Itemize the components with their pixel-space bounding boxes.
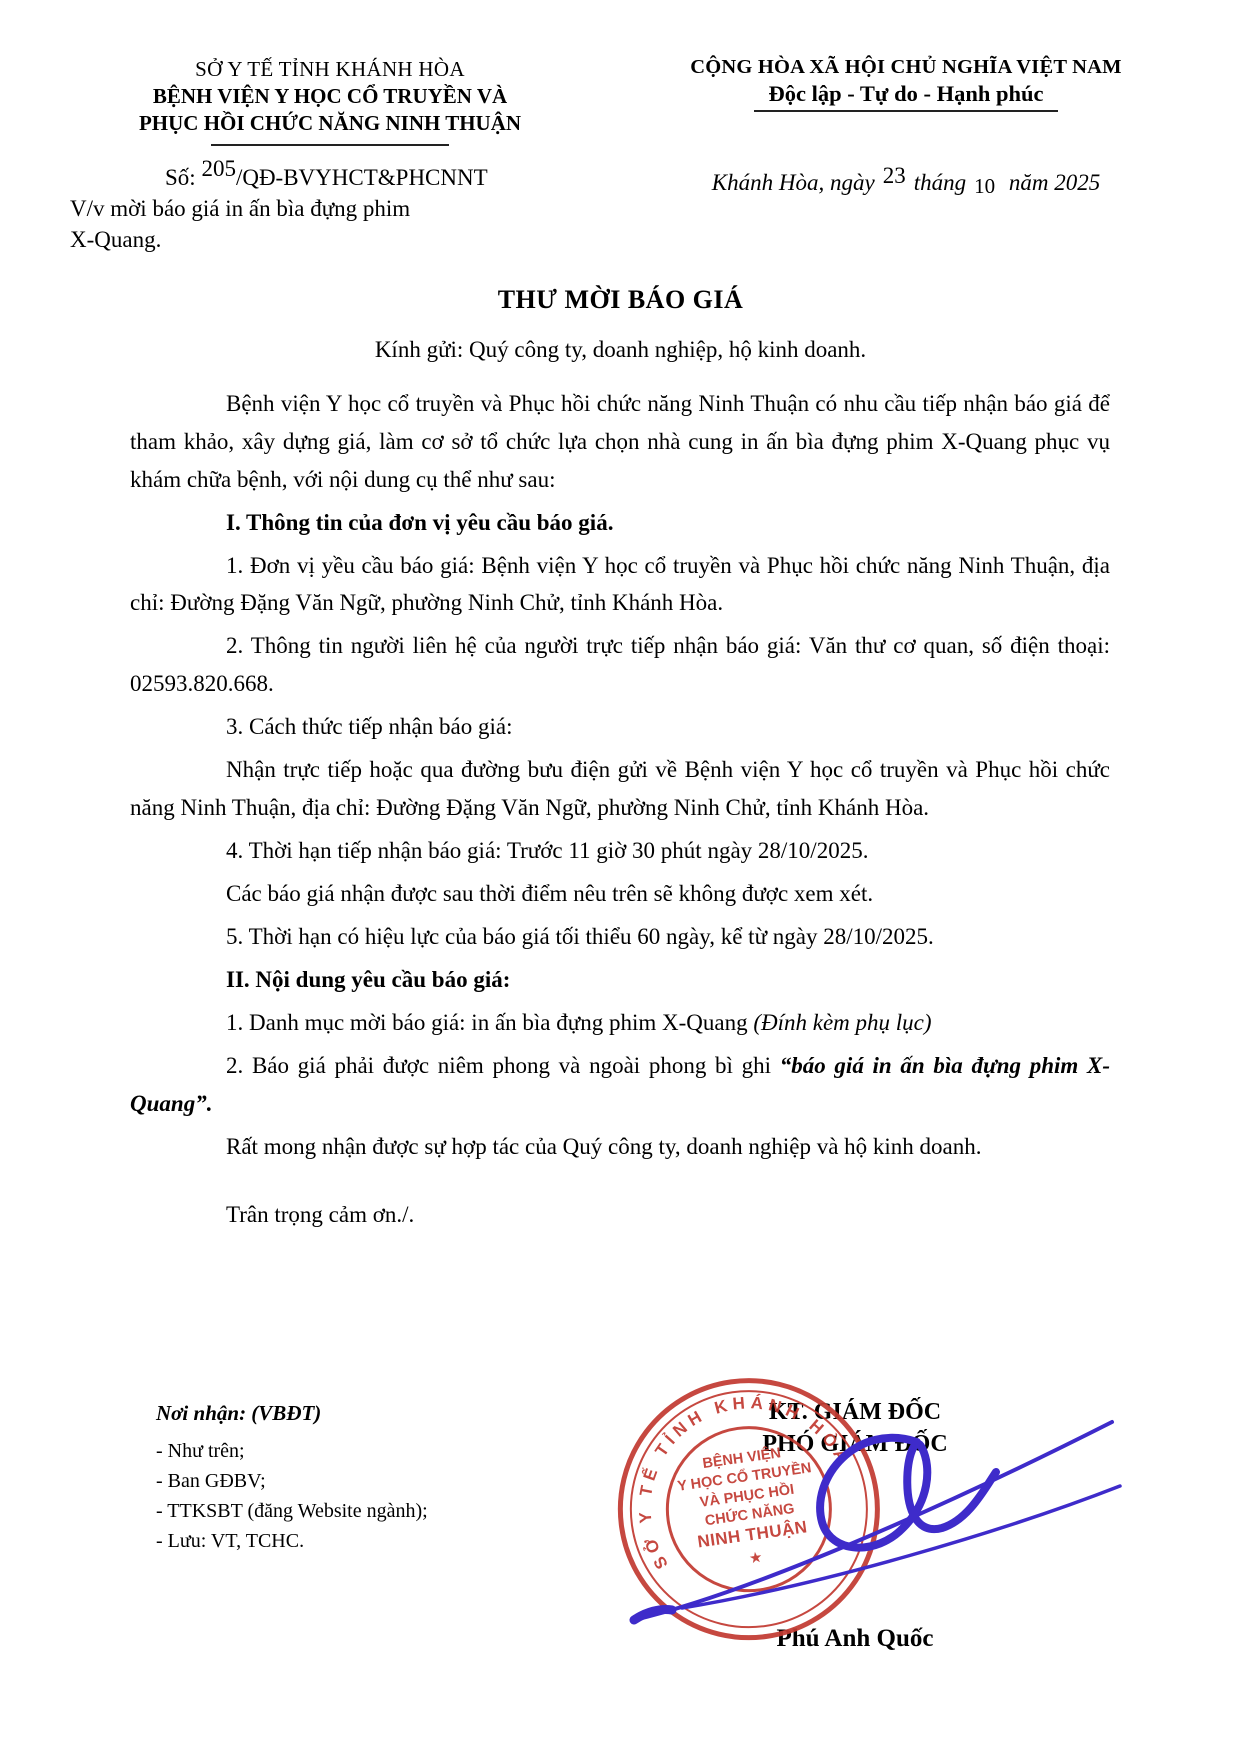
recipients-label: Nơi nhận — [156, 1401, 239, 1425]
date-year: năm 2025 — [1009, 170, 1100, 195]
issuing-org-block: SỞ Y TẾ TỈNH KHÁNH HÒA BỆNH VIỆN Y HỌC C… — [70, 56, 590, 146]
national-motto-block: CỘNG HÒA XÃ HỘI CHỦ NGHĨA VIỆT NAM Độc l… — [621, 56, 1191, 146]
section-1-item-3: 3. Cách thức tiếp nhận báo giá: — [130, 708, 1110, 746]
document-title: THƯ MỜI BÁO GIÁ — [0, 285, 1241, 315]
reference-block: Số: 205/QĐ-BVYHCT&PHCNNT V/v mời báo giá… — [70, 162, 590, 255]
intro-paragraph: Bệnh viện Y học cổ truyền và Phục hồi ch… — [130, 385, 1110, 499]
section-1-item-4-note: Các báo giá nhận được sau thời điểm nêu … — [130, 875, 1110, 913]
section-1-item-3-detail: Nhận trực tiếp hoặc qua đường bưu điện g… — [130, 751, 1110, 827]
subject-line-1: V/v mời báo giá in ấn bìa đựng phim — [70, 193, 590, 224]
national-motto: Độc lập - Tự do - Hạnh phúc — [754, 81, 1057, 112]
document-number-line: Số: 205/QĐ-BVYHCT&PHCNNT — [70, 162, 590, 193]
salutation: Kính gửi: Quý công ty, doanh nghiệp, hộ … — [0, 337, 1241, 363]
org-name-line2: PHỤC HỒI CHỨC NĂNG NINH THUẬN — [70, 110, 590, 137]
date-middle: tháng — [914, 170, 966, 195]
section-2-item-1: 1. Danh mục mời báo giá: in ấn bìa đựng … — [130, 1004, 1110, 1042]
document-number: 205 — [201, 156, 236, 181]
date-day: 23 — [875, 163, 914, 188]
section-2-item-2: 2. Báo giá phải được niêm phong và ngoài… — [130, 1047, 1110, 1123]
parent-org-name: SỞ Y TẾ TỈNH KHÁNH HÒA — [70, 56, 590, 83]
section-1-heading: I. Thông tin của đơn vị yêu cầu báo giá. — [130, 504, 1110, 542]
thanks-paragraph: Trân trọng cảm ơn./. — [130, 1196, 1110, 1234]
handwritten-signature — [612, 1380, 1132, 1630]
closing-paragraph: Rất mong nhận được sự hợp tác của Quý cô… — [130, 1128, 1110, 1166]
section-2-item-1-text: 1. Danh mục mời báo giá: in ấn bìa đựng … — [226, 1010, 753, 1035]
document-body: Bệnh viện Y học cổ truyền và Phục hồi ch… — [0, 363, 1241, 1234]
org-name-line1: BỆNH VIỆN Y HỌC CỔ TRUYỀN VÀ — [70, 83, 590, 110]
recipient-item: - Lưu: VT, TCHC. — [156, 1526, 428, 1556]
section-2-item-2-text: 2. Báo giá phải được niêm phong và ngoài… — [226, 1053, 780, 1078]
section-1-item-2: 2. Thông tin người liên hệ của người trự… — [130, 627, 1110, 703]
section-1-item-4: 4. Thời hạn tiếp nhận báo giá: Trước 11 … — [130, 832, 1110, 870]
recipients-label-line: Nơi nhận: (VBĐT) — [156, 1398, 428, 1430]
recipient-item: - TTKSBT (đăng Website ngành); — [156, 1496, 428, 1526]
document-code: /QĐ-BVYHCT&PHCNNT — [236, 165, 488, 190]
national-title: CỘNG HÒA XÃ HỘI CHỦ NGHĨA VIỆT NAM — [621, 56, 1191, 79]
section-2-item-1-annex-note: (Đính kèm phụ lục) — [753, 1010, 931, 1035]
recipients-list: - Như trên; - Ban GĐBV; - TTKSBT (đăng W… — [156, 1436, 428, 1556]
document-page: SỞ Y TẾ TỈNH KHÁNH HÒA BỆNH VIỆN Y HỌC C… — [0, 0, 1241, 1755]
date-prefix: Khánh Hòa, ngày — [712, 170, 875, 195]
section-1-item-1: 1. Đơn vị yều cầu báo giá: Bệnh viện Y h… — [130, 547, 1110, 623]
section-2-heading: II. Nội dung yêu cầu báo giá: — [130, 961, 1110, 999]
recipient-item: - Như trên; — [156, 1436, 428, 1466]
number-label: Số: — [165, 165, 201, 190]
section-1-item-5: 5. Thời hạn có hiệu lực của báo giá tối … — [130, 918, 1110, 956]
reference-row: Số: 205/QĐ-BVYHCT&PHCNNT V/v mời báo giá… — [0, 146, 1241, 255]
recipients-label-suffix: : (VBĐT) — [239, 1401, 321, 1425]
date-month: 10 — [966, 174, 1003, 198]
recipient-item: - Ban GĐBV; — [156, 1466, 428, 1496]
subject-line-2: X-Quang. — [70, 224, 590, 255]
recipients-block: Nơi nhận: (VBĐT) - Như trên; - Ban GĐBV;… — [156, 1398, 428, 1556]
date-line: Khánh Hòa, ngày23tháng10 năm 2025 — [621, 162, 1191, 255]
org-underline — [211, 144, 449, 146]
document-header: SỞ Y TẾ TỈNH KHÁNH HÒA BỆNH VIỆN Y HỌC C… — [0, 0, 1241, 146]
